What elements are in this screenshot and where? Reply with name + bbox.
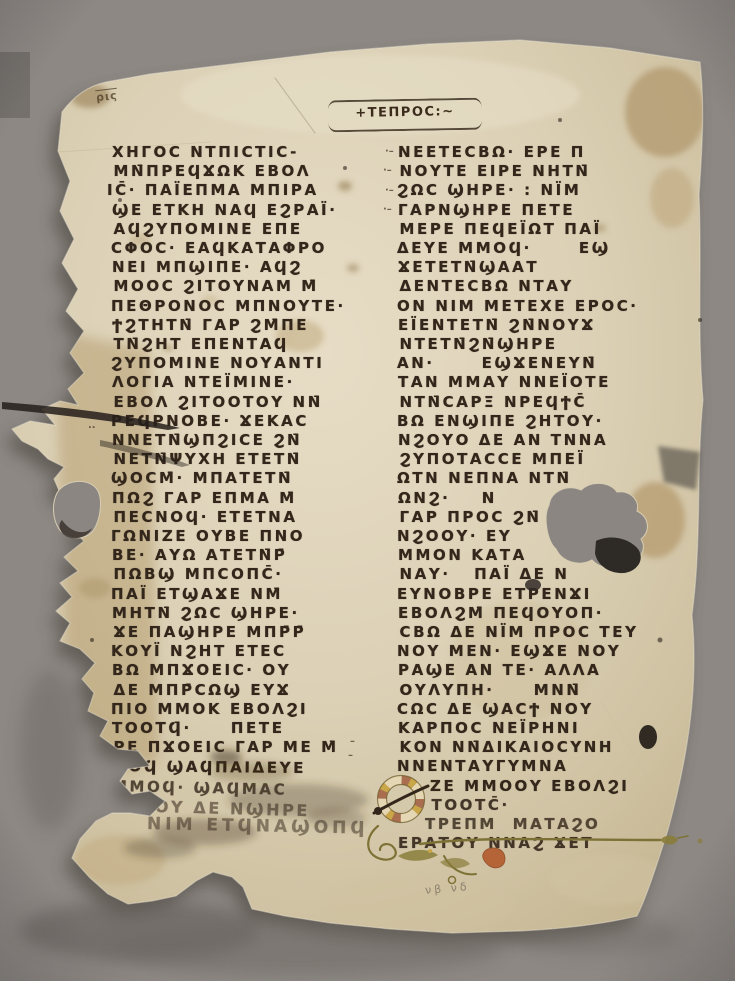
manuscript-line: ϨΥΠΟΤΑCCΕ ΜΠΕΪ [400, 450, 586, 469]
gutter-mark: ·– [385, 185, 394, 196]
manuscript-line: ΠΩΒϢ ΜΠCΟΠC̄· [114, 565, 284, 584]
manuscript-line: ΝϨΟΥΟ ΔΕ ΑΝ ΤΝΝΑ [398, 431, 608, 450]
manuscript-line: ΑϤϨΥΠΟΜΙΝΕ ΕΠΕ [114, 220, 303, 239]
manuscript-line: ΝΝΕΝΤΑΥΓΥΜΝΑ [397, 757, 568, 776]
gutter-mark: .. [88, 420, 96, 431]
manuscript-line: ΡΑϢΕ ΑΝ ΤΕ· ΑΛΛΑ [398, 661, 601, 680]
manuscript-line: ΝϨΟΟΥ· ΕΥ [397, 527, 512, 546]
manuscript-line: ΝΤΕΤΝ̄ϨΝ̄ϢΗΡΕ [400, 335, 558, 354]
manuscript-line: ΩΝϨ· Ν [398, 489, 497, 508]
manuscript-line: ΝΝΕΤΝ̄ϢΠϨΙCΕ ϨΝ̄ [112, 431, 302, 450]
manuscript-line: ΜΜΟΝ ΚΑΤΑ [398, 546, 527, 565]
manuscript-line: ΠΕΘΡΟΝΟC ΜΠΝΟΥΤΕ· [111, 297, 346, 316]
manuscript-line: ΜΟϤ ϢΑϤΠΑΙΔΕΥΕ [111, 757, 306, 778]
manuscript-line: ΓΑΡΝϢΗΡΕ ΠΕΤΕ [398, 201, 575, 220]
manuscript-line: ΤΑΝ ΜΜΑΥ ΝΝΕΪΟΤΕ [398, 373, 611, 392]
manuscript-line: ΔΕΝΤΕCΒΩ ΝΤΑΥ [400, 277, 574, 296]
manuscript-line: ΟΝ ΝΙΜ ΜΕΤΕΧΕ ΕΡΟC· [397, 297, 639, 316]
gutter-mark: – [350, 736, 355, 747]
manuscript-line: ΝΕΕΤΕCΒΩ· ΕΡΕ Π [398, 143, 586, 162]
manuscript-line: ϢΕ ΕΤΚΗ ΝΑϤ ΕϨΡΑΪ· [112, 201, 338, 220]
manuscript-line: ΤΝ̄ϨΗΤ ΕΠΕΝΤΑϤ [114, 335, 290, 354]
manuscript-line: ϨΩC ϢΗΡΕ· : ΝΪΜ [397, 181, 581, 200]
gutter-mark: – [348, 750, 353, 761]
manuscript-line: ΜΕΡΕ ΠΕϤΕΪΩΤ ΠΑΪ [400, 220, 602, 239]
gutter-mark: ·– [385, 146, 394, 157]
manuscript-line: ΝΕΤΝ̄ΨΥΧΗ ΕΤΕΤΝ̄ [114, 450, 302, 469]
manuscript-line: ΕΡΑΤΟΥ ΝΝΑϨ ϪΕΤ [398, 834, 594, 853]
manuscript-line: CΒΩ ΔΕ ΝΪΜ ΠΡΟC ΤΕΥ [400, 623, 639, 642]
manuscript-line: ΓΑΡ ΠΡΟC ϨΝ̄ [400, 508, 542, 527]
gutter-mark: ·– [383, 204, 392, 215]
manuscript-line: ΛΟΓΙΑ ΝΤΕΪΜΙΝΕ· [112, 373, 295, 392]
manuscript-line: ϢΟCΜ̄· ΜΠΑΤΕΤΝ̄ [111, 469, 293, 488]
manuscript-line: ΤΡΕΠΜ ΜΑΤΑϨΟ [425, 815, 600, 834]
manuscript-line: ΝΟΥΤΕ ΕΙΡΕ ΝΗΤΝ̄ [400, 162, 591, 181]
manuscript-line: ϪΕΤΕΤΝ̄ϢΑΑΤ [398, 258, 539, 277]
manuscript-line: CΦΟC· ΕΑϤΚΑΤΑΦΡΟ [111, 239, 327, 258]
text-column-right: ΝΕΕΤΕCΒΩ· ΕΡΕ ΠΝΟΥΤΕ ΕΙΡΕ ΝΗΤΝ̄ϨΩC ϢΗΡΕ·… [398, 143, 698, 873]
manuscript-line: ΕΪΕΝΤΕΤΝ̄ ϨΝ̄ΝΟΥϪ [398, 316, 596, 335]
manuscript-line: ΔΕΥΕ ΜΜΟϤ· ΕϢ [397, 239, 611, 258]
manuscript-line: ΧΗΓΟC ΝΤΠΙCΤΙC- [112, 143, 299, 162]
manuscript-line: ΜΟΟC ϨΙΤΟΥΝΑΜ Μ̄ [114, 277, 319, 296]
manuscript-line: ΤΟΟΤC̄· [432, 796, 510, 815]
manuscript-line: ΠΕCΝΟϤ· ΕΤΕΤΝΑ [114, 508, 298, 527]
manuscript-line: ΑΝ· ΕϢϪΕΝΕΥΝ̄ [397, 354, 597, 373]
manuscript-line: ΙC̄· ΠΑΪΕΠΜΑ ΜΠΙΡΑ [107, 181, 319, 200]
manuscript-line: ΠΑΪ ΕΤϢΑϪΕ ΝΜ̄ [111, 585, 283, 604]
manuscript-line: ΝΤΝ̄CΑΡΞ ΝΡΕϤϮC̄ [400, 393, 588, 412]
manuscript-line: ΠΩϨ ΓΑΡ ΕΠΜΑ Μ̄ [112, 489, 297, 508]
manuscript-line: ΚΟΝ ΝΝ̄ΔΙΚΑΙΟCΥΝΗ [400, 738, 615, 757]
manuscript-line: ΜΗΤΝ̄ ϨΩC ϢΗΡΕ· [112, 604, 300, 623]
manuscript-line: ΒΩ ΕΝϢΙΠΕ ϨΗΤΟΥ· [397, 412, 604, 431]
manuscript-line: ΝΟΥ ΜΕΝ· ΕϢϪΕ ΝΟΥ [397, 642, 621, 661]
manuscript-line: ΒΕ· ΑΥΩ ΑΤΕΤΝ̄Ρ̄ [112, 546, 287, 565]
manuscript-line: ΕΒΟΛϨΜ̄ ΠΕϤΟΥΟΠ· [398, 604, 604, 623]
manuscript-line: ΡΕϤΡΝΟΒΕ· ϪΕΚΑC [111, 412, 309, 431]
pencil-inscription: νβ νδ [425, 880, 471, 897]
manuscript-line: ϮϨΤΗΤΝ̄ ΓΑΡ ϨΜ̄ΠΕ [112, 316, 309, 335]
manuscript-line: ΝΙΜ ΕΤϤΝΑϢΟΠϤ [147, 815, 369, 839]
manuscript-line: ΩΤΝ ΝΕΠΝΑ ΝΤΝ̄ [397, 469, 572, 488]
manuscript-line: ΟΥΛΥΠΗ· ΜΝΝ̄ [400, 681, 582, 700]
manuscript-line: ΜΝ̄ΠΡΕϤϪΩΚ ΕΒΟΛ [114, 162, 312, 181]
manuscript-line: ΖΕ ΜΜΟΟΥ ΕΒΟΛϨΙ [430, 777, 629, 796]
text-column-left: ΧΗΓΟC ΝΤΠΙCΤΙC-ΜΝ̄ΠΡΕϤϪΩΚ ΕΒΟΛΙC̄· ΠΑΪΕΠ… [112, 143, 387, 863]
gutter-mark: ·– [383, 165, 392, 176]
manuscript-line: ΡΕ ΠϪΟΕΙC ΓΑΡ ΜΕ Μ̄ [114, 738, 339, 757]
manuscript-line: ΔΕ ΜΠΡ̄CΩϢ ΕΥϪ [114, 681, 292, 700]
manuscript-line: ΓΩΝΙΖΕ ΟΥΒΕ ΠΝΟ [111, 527, 305, 546]
folio-number: ρις [95, 89, 118, 105]
manuscript-line: ΤΟΟΤϤ̄· ΠΕΤΕ [112, 719, 285, 738]
manuscript-line: ϪΕ ΠΑϢΗΡΕ ΜΠΡ̄Ρ̄ [114, 623, 307, 642]
manuscript-line: ϨΥΠΟΜΙΝΕ ΝΟΥΑΝΤΙ [111, 354, 324, 373]
manuscript-line: ΚΟΥΪ ΝϨΗΤ ΕΤΕC [111, 642, 287, 661]
manuscript-line: ΒΩ ΜΠϪΟΕΙC· ΟΥ [112, 661, 291, 680]
manuscript-photograph: ρις +ΤΕΠΡΟC:~ ΧΗΓΟC ΝΤΠΙCΤΙC-ΜΝ̄ΠΡΕϤϪΩΚ … [0, 0, 735, 981]
manuscript-line: ΚΑΡΠΟC ΝΕΪΡΗΝΙ [398, 719, 580, 738]
manuscript-text-layer: ρις +ΤΕΠΡΟC:~ ΧΗΓΟC ΝΤΠΙCΤΙC-ΜΝ̄ΠΡΕϤϪΩΚ … [0, 0, 735, 981]
manuscript-line: ΠΙΟ ΜΜΟΚ ΕΒΟΛϨΙ [111, 700, 308, 719]
manuscript-line: ΝΑΥ· ΠΑΪ ΔΕ Ν [400, 565, 570, 584]
running-title: +ΤΕΠΡΟC:~ [355, 101, 455, 121]
running-title-cartouche: +ΤΕΠΡΟC:~ [328, 98, 483, 133]
manuscript-line: ΕΥΝΟΒΡΕ ΕΤΡΕΝϪΙ [397, 585, 592, 604]
manuscript-line: ΕΒΟΛ ϨΙΤΟΟΤΟΥ ΝΝ̄ [114, 393, 323, 412]
manuscript-line: CΩC ΔΕ ϢΑCϮ ΝΟΥ [397, 700, 594, 719]
manuscript-line: ΝΕΙ ΜΠϢΙΠΕ· ΑϤϨ [112, 258, 303, 277]
